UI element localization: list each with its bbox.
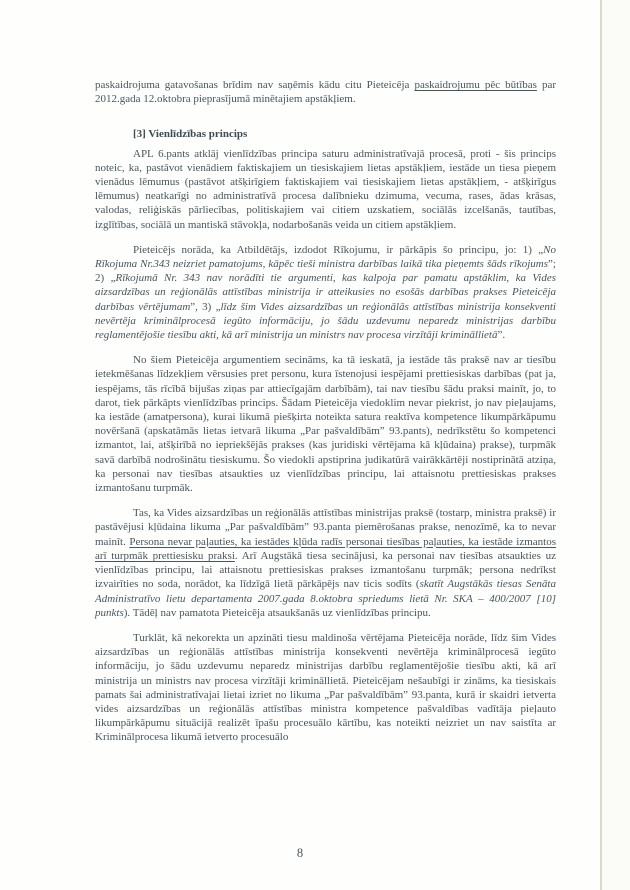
underlined-text-segment: paskaidrojumu pēc būtības (414, 79, 536, 91)
paragraph-no-siem-argumentiem: No šiem Pieteicēja argumentiem secināms,… (95, 353, 556, 495)
text-segment: ”. (498, 329, 506, 341)
text-segment: [3] Vienlīdzības princips (133, 128, 247, 140)
paragraph-turklat: Turklāt, kā nekorekta un apzināti tiesu … (95, 631, 556, 745)
page-number: 8 (0, 846, 600, 861)
scanned-document-page: paskaidrojuma gatavošanas brīdim nav saņ… (0, 0, 630, 890)
paragraph-pieteicejs-norada: Pieteicējs norāda, ka Atbildētājs, izdod… (95, 243, 556, 342)
page-edge-line (600, 0, 602, 890)
text-segment: ”, 3) „ (190, 301, 220, 313)
section-heading-equality-principle: [3] Vienlīdzības princips (95, 127, 556, 141)
text-segment: paskaidrojuma gatavošanas brīdim nav saņ… (95, 79, 414, 91)
paragraph-tas-ka-vides: Tas, ka Vides aizsardzības un reģionālās… (95, 506, 556, 620)
page-edge-strip (602, 0, 630, 890)
paragraph-apl-6-pants: APL 6.pants atklāj vienlīdzības principa… (95, 147, 556, 232)
document-body: paskaidrojuma gatavošanas brīdim nav saņ… (95, 78, 556, 756)
text-segment: Turklāt, kā nekorekta un apzināti tiesu … (95, 632, 556, 743)
text-segment: Pieteicējs norāda, ka Atbildētājs, izdod… (133, 244, 543, 256)
paragraph-continuation: paskaidrojuma gatavošanas brīdim nav saņ… (95, 78, 556, 106)
text-segment: No šiem Pieteicēja argumentiem secināms,… (95, 354, 556, 494)
text-segment: APL 6.pants atklāj vienlīdzības principa… (95, 148, 556, 231)
text-segment: ). Tādēļ nav pamatota Pieteicēja atsaukš… (124, 607, 431, 619)
